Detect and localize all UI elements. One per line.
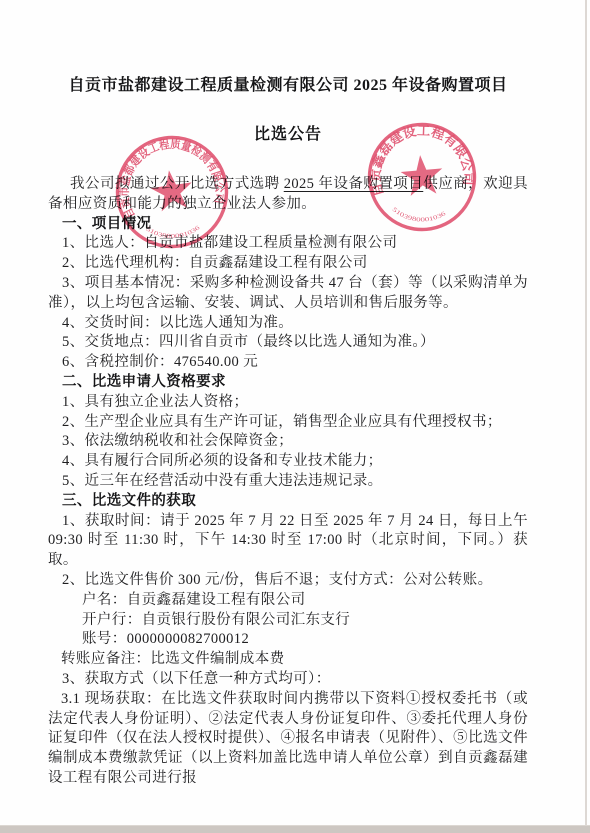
bank-account-name: 户名：自贡鑫磊建设工程有限公司 [48, 591, 528, 611]
qualification-2: 2、生产型企业应具有生产许可证，销售型企业应具有代理授权书； [48, 413, 528, 433]
section-heading-2: 二、比选申请人资格要求 [48, 373, 528, 393]
document-body: 我公司拟通过公开比选方式选聘 2025 年设备购置项目供应商，欢迎具备相应资质和… [48, 175, 528, 789]
intro-underlined-project-name: 2025 年设备购置项目 [284, 176, 424, 192]
item-delivery-place: 5、交货地点：四川省自贡市（最终以比选人通知为准。） [48, 333, 528, 353]
section-heading-3: 三、比选文件的获取 [48, 492, 528, 512]
intro-text-pre: 我公司拟通过公开比选方式选聘 [70, 176, 284, 192]
document-page: 自贡市盐都建设工程质量检测有限公司 2025 年设备购置项目 比选公告 我公司拟… [0, 0, 590, 833]
scanned-page-right-edge [585, 0, 587, 827]
bank-branch: 开户行：自贡银行股份有限公司汇东支行 [48, 611, 528, 631]
item-agency: 2、比选代理机构：自贡鑫磊建设工程有限公司 [48, 254, 528, 274]
intro-paragraph: 我公司拟通过公开比选方式选聘 2025 年设备购置项目供应商，欢迎具备相应资质和… [48, 175, 528, 215]
item-delivery-time: 4、交货时间：以比选人通知为准。 [48, 314, 528, 334]
scanned-page-bottom-edge [0, 825, 590, 833]
obtain-time: 1、获取时间：请于 2025 年 7 月 22 日至 2025 年 7 月 24… [48, 512, 528, 571]
document-subtitle: 比选公告 [48, 125, 528, 144]
obtain-methods: 3、获取方式（以下任意一种方式均可）： [48, 670, 528, 690]
qualification-1: 1、具有独立企业法人资格； [48, 393, 528, 413]
document-price: 2、比选文件售价 300 元/份，售后不退；支付方式：公对公转账。 [48, 571, 528, 591]
announcement-document: 自贡市盐都建设工程质量检测有限公司 2025 年设备购置项目 比选公告 我公司拟… [0, 0, 590, 789]
item-selector: 1、比选人：自贡市盐都建设工程质量检测有限公司 [48, 234, 528, 254]
bank-account-number: 账号：0000000082700012 [48, 630, 528, 650]
qualification-5: 5、近三年在经营活动中没有重大违法违规记录。 [48, 472, 528, 492]
item-project-overview: 3、项目基本情况：采购多种检测设备共 47 台（套）等（以采购清单为准），以上均… [48, 274, 528, 314]
transfer-remark: 转账应备注：比选文件编制成本费 [48, 650, 528, 670]
document-title: 自贡市盐都建设工程质量检测有限公司 2025 年设备购置项目 [48, 76, 528, 95]
onsite-obtain-detail: 3.1 现场获取：在比选文件获取时间内携带以下资料①授权委托书（或法定代表人身份… [48, 690, 528, 789]
item-control-price: 6、含税控制价：476540.00 元 [48, 353, 528, 373]
section-heading-1: 一、项目情况 [48, 215, 528, 235]
qualification-4: 4、具有履行合同所必须的设备和专业技术能力； [48, 452, 528, 472]
qualification-3: 3、依法缴纳税收和社会保障资金； [48, 432, 528, 452]
